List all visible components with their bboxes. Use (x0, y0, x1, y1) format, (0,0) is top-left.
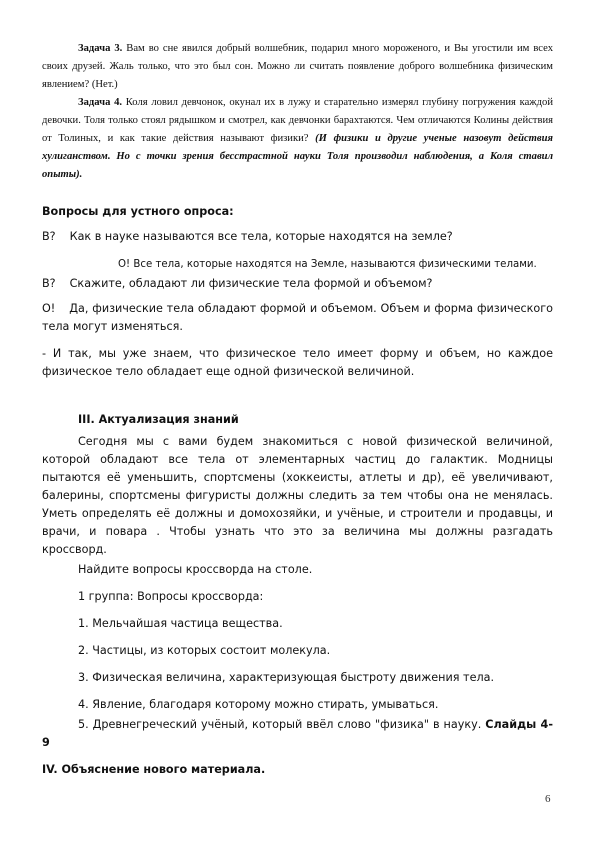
page-number: 6 (545, 793, 551, 805)
crossword-question-2: 2. Частицы, из которых состоит молекула. (78, 642, 553, 660)
question-marker: В? (42, 277, 56, 290)
group-title: 1 группа: Вопросы кроссворда: (78, 588, 553, 606)
task-4-paragraph: Задача 4. Коля ловил девчонок, окунал их… (42, 94, 553, 184)
answer-2: О!Да, физические тела обладают формой и … (42, 300, 553, 336)
crossword-question-3: 3. Физическая величина, характеризующая … (78, 669, 553, 687)
answer-1-text: Все тела, которые находятся на Земле, на… (133, 259, 536, 270)
task-4-label: Задача 4. (78, 97, 122, 108)
question-marker: В? (42, 230, 56, 243)
crossword-question-5: 5. Древнегреческий учёный, который ввёл … (42, 716, 553, 752)
task-3-paragraph: Задача 3. Вам во сне явился добрый волше… (42, 40, 553, 94)
crossword-question-1: 1. Мельчайшая частица вещества. (78, 615, 553, 633)
question-2: В?Скажите, обладают ли физические тела ф… (42, 275, 553, 293)
crossword-question-4: 4. Явление, благодаря которому можно сти… (78, 696, 553, 714)
question-1: В?Как в науке называются все тела, котор… (42, 228, 553, 246)
find-questions-text: Найдите вопросы кроссворда на столе. (78, 561, 553, 579)
section-3-paragraph: Сегодня мы с вами будем знакомиться с но… (42, 433, 553, 559)
crossword-question-5-text: 5. Древнегреческий учёный, который ввёл … (78, 718, 481, 731)
known-paragraph: - И так, мы уже знаем, что физическое те… (42, 345, 553, 381)
section-3-heading: III. Актуализация знаний (78, 411, 589, 429)
question-1-text: Как в науке называются все тела, которые… (70, 230, 453, 243)
section-4-heading: IV. Объяснение нового материала. (42, 761, 553, 779)
task-3-label: Задача 3. (78, 43, 122, 54)
answer-marker: О! (118, 259, 130, 270)
answer-1: О! Все тела, которые находятся на Земле,… (118, 256, 558, 274)
document-page: Задача 3. Вам во сне явился добрый волше… (0, 0, 595, 842)
oral-questions-heading: Вопросы для устного опроса: (42, 203, 553, 221)
answer-2-text: Да, физические тела обладают формой и об… (42, 302, 553, 333)
answer-marker: О! (42, 302, 55, 315)
question-2-text: Скажите, обладают ли физические тела фор… (70, 277, 433, 290)
